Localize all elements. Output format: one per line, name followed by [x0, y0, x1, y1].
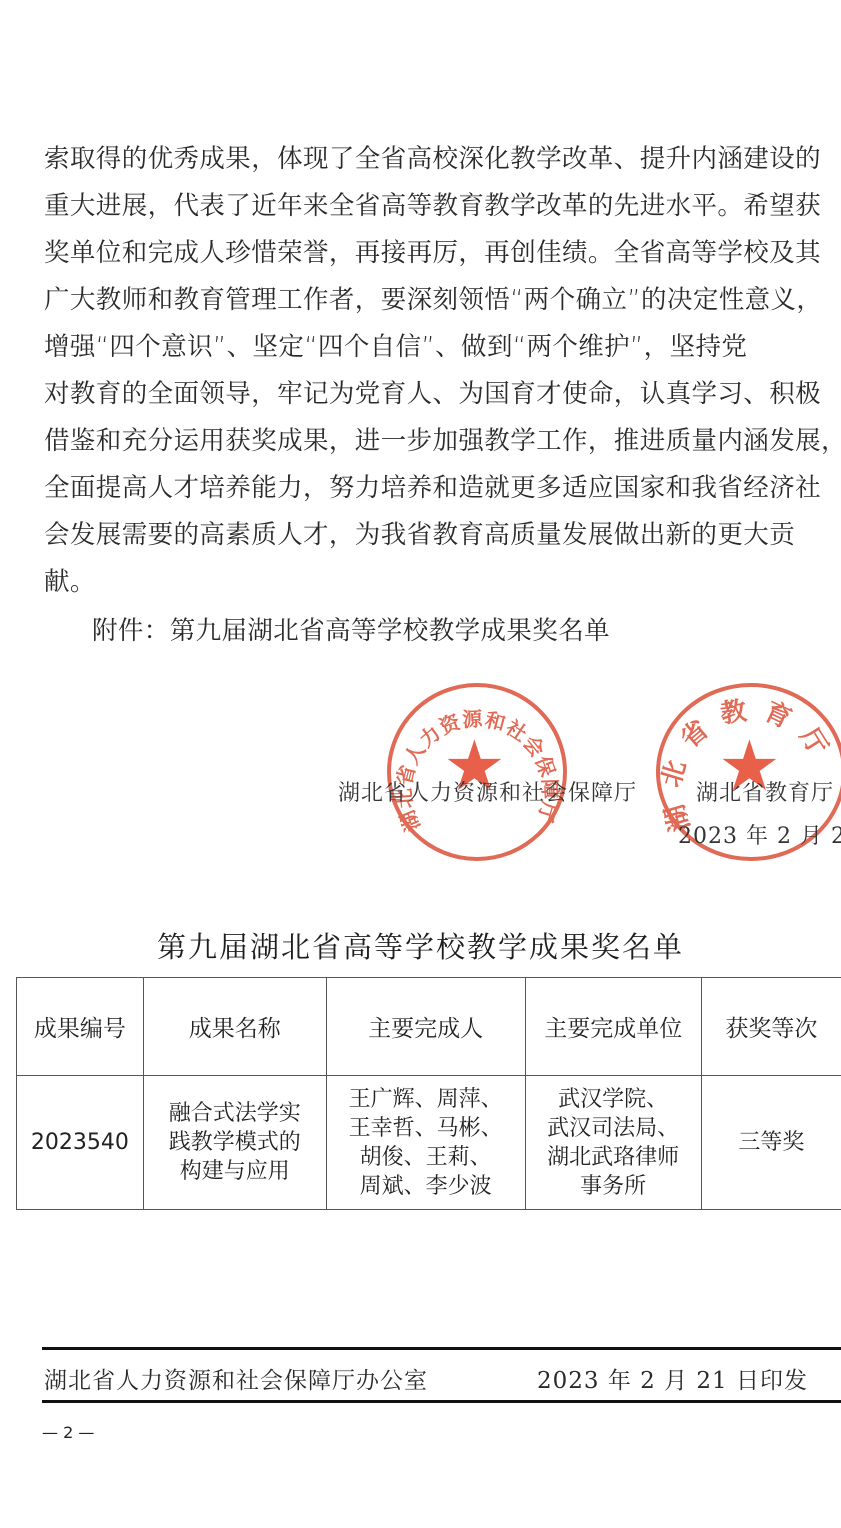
body-line: 索取得的优秀成果，体现了全省高校深化教学改革、提升内涵建设的	[44, 136, 804, 183]
cell-line: 践教学模式的	[144, 1128, 326, 1157]
cell-line: 王广辉、周萍、	[327, 1085, 525, 1114]
signer-education: 湖北省教育厅	[696, 776, 834, 807]
cell-id: 2023540	[17, 1076, 144, 1210]
body-line: 重大进展，代表了近年来全省高等教育教学改革的先进水平。希望获	[44, 183, 804, 230]
signer-hrss: 湖北省人力资源和社会保障厅	[338, 776, 637, 807]
cell-line: 武汉司法局、	[526, 1114, 701, 1143]
cell-line: 周斌、李少波	[327, 1172, 525, 1201]
page-number: — 2 —	[42, 1423, 94, 1442]
cell-name: 融合式法学实 践教学模式的 构建与应用	[143, 1076, 326, 1210]
cell-line: 构建与应用	[144, 1157, 326, 1186]
body-line: 献。	[44, 559, 804, 606]
body-line: 增强“四个意识”、坚定“四个自信”、做到“两个维护”，坚持党	[44, 324, 804, 371]
table-header-row: 成果编号 成果名称 主要完成人 主要完成单位 获奖等次	[17, 978, 841, 1076]
body-line: 广大教师和教育管理工作者，要深刻领悟“两个确立”的决定性意义，	[44, 277, 804, 324]
cell-line: 胡俊、王莉、	[327, 1143, 525, 1172]
attachment-note: 附件：第九届湖北省高等学校教学成果奖名单	[92, 608, 610, 655]
column-header: 主要完成单位	[525, 978, 701, 1076]
footer-print-date: 2023 年 2 月 21 日印发	[537, 1362, 808, 1395]
table-row: 2023540 融合式法学实 践教学模式的 构建与应用 王广辉、周萍、 王幸哲、…	[17, 1076, 841, 1210]
body-line: 对教育的全面领导，牢记为党育人、为国育才使命，认真学习、积极	[44, 371, 804, 418]
column-header: 成果编号	[17, 978, 144, 1076]
footer-divider-bottom	[42, 1400, 841, 1403]
footer-office: 湖北省人力资源和社会保障厅办公室	[44, 1362, 428, 1395]
body-line: 奖单位和完成人珍惜荣誉，再接再厉，再创佳绩。全省高等学校及其	[44, 230, 804, 277]
cell-line: 融合式法学实	[144, 1099, 326, 1128]
table-title: 第九届湖北省高等学校教学成果奖名单	[0, 925, 841, 966]
cell-line: 事务所	[526, 1172, 701, 1201]
column-header: 获奖等次	[701, 978, 841, 1076]
body-text: 索取得的优秀成果，体现了全省高校深化教学改革、提升内涵建设的 重大进展，代表了近…	[44, 136, 804, 606]
cell-level: 三等奖	[701, 1076, 841, 1210]
column-header: 成果名称	[143, 978, 326, 1076]
body-line: 全面提高人才培养能力，努力培养和造就更多适应国家和我省经济社	[44, 465, 804, 512]
body-line: 借鉴和充分运用获奖成果，进一步加强教学工作，推进质量内涵发展，	[44, 418, 804, 465]
body-line: 会发展需要的高素质人才，为我省教育高质量发展做出新的更大贡	[44, 512, 804, 559]
cell-line: 王幸哲、马彬、	[327, 1114, 525, 1143]
official-seal-hrss: 湖北省人力资源和社会保障厅 ★	[387, 683, 567, 861]
award-table: 成果编号 成果名称 主要完成人 主要完成单位 获奖等次 2023540 融合式法…	[16, 977, 841, 1210]
cell-people: 王广辉、周萍、 王幸哲、马彬、 胡俊、王莉、 周斌、李少波	[326, 1076, 525, 1210]
signature-date: 2023 年 2 月 21 日	[678, 819, 841, 850]
column-header: 主要完成人	[326, 978, 525, 1076]
cell-line: 武汉学院、	[526, 1085, 701, 1114]
cell-line: 湖北武珞律师	[526, 1143, 701, 1172]
footer-divider-top	[42, 1347, 841, 1350]
cell-units: 武汉学院、 武汉司法局、 湖北武珞律师 事务所	[525, 1076, 701, 1210]
